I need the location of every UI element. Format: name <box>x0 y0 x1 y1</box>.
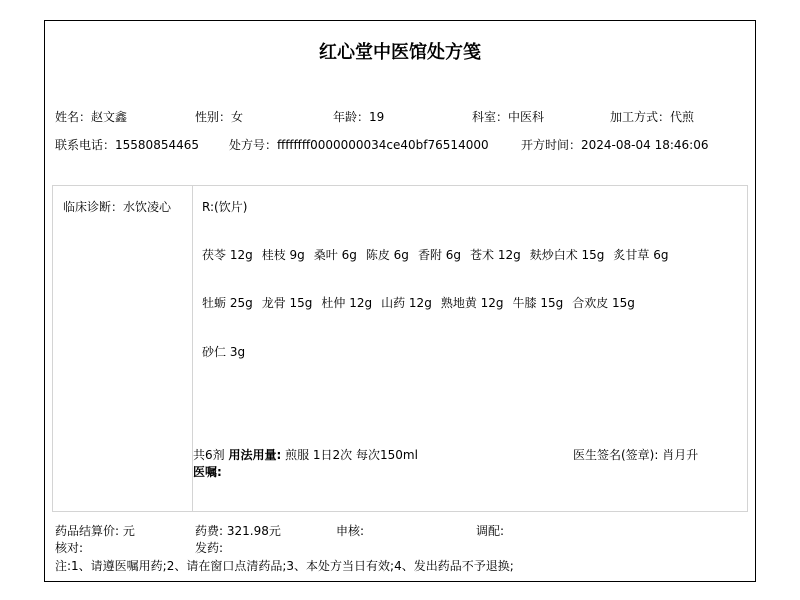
herb-item: 熟地黄 12g <box>441 296 504 310</box>
herb-item: 砂仁 3g <box>202 345 245 359</box>
prescription-sheet: 红心堂中医馆处方笺 姓名：赵文鑫 性别：女 年龄：19 科室：中医科 加工方式：… <box>44 20 756 582</box>
dispense-field: 调配: <box>476 523 504 539</box>
herb-row-2: 牡蛎 25g龙骨 15g杜仲 12g山药 12g熟地黄 12g牛膝 15g合欢皮… <box>202 294 644 311</box>
patient-phone: 联系电话：15580854465 <box>55 138 199 152</box>
patient-age: 年龄：19 <box>333 110 384 124</box>
herb-item: 茯苓 12g <box>202 248 253 262</box>
prescription-number: 处方号：ffffffff0000000034ce40bf76514000 <box>229 138 489 152</box>
page-title: 红心堂中医馆处方笺 <box>45 38 755 64</box>
herb-item: 牛膝 15g <box>513 296 564 310</box>
herb-item: 合欢皮 15g <box>572 296 635 310</box>
usage-line: 共6剂 用法用量: 煎服 1日2次 每次150ml <box>193 447 418 464</box>
herb-item: 苍术 12g <box>470 248 521 262</box>
herb-item: 牡蛎 25g <box>202 296 253 310</box>
clinical-diagnosis: 临床诊断：水饮凌心 <box>63 198 171 215</box>
prescription-time: 开方时间：2024-08-04 18:46:06 <box>521 138 708 152</box>
check-field: 核对: <box>55 540 83 556</box>
patient-name: 姓名：赵文鑫 <box>55 110 127 124</box>
herb-row-3: 砂仁 3g <box>202 343 254 360</box>
patient-gender: 性别：女 <box>195 110 243 124</box>
herb-item: 香附 6g <box>418 248 461 262</box>
herb-item: 龙骨 15g <box>262 296 313 310</box>
doctor-signature: 医生签名(签章): 肖月升 <box>573 447 703 464</box>
footer-note: 注:1、请遵医嘱用药;2、请在窗口点清药品;3、本处方当日有效;4、发出药品不予… <box>55 558 514 574</box>
herb-item: 陈皮 6g <box>366 248 409 262</box>
rx-header: R:(饮片) <box>202 198 247 215</box>
medical-advice: 医嘱: <box>193 464 418 481</box>
usage-block: 共6剂 用法用量: 煎服 1日2次 每次150ml 医嘱: <box>193 447 418 481</box>
herb-item: 桑叶 6g <box>314 248 357 262</box>
herb-item: 桂枝 9g <box>262 248 305 262</box>
review-field: 申核: <box>336 523 364 539</box>
processing-method: 加工方式：代煎 <box>610 110 694 124</box>
settlement-price: 药品结算价: 元 <box>55 523 135 539</box>
drug-fee: 药费: 321.98元 <box>195 523 281 539</box>
prescription-box: 临床诊断：水饮凌心 R:(饮片) 茯苓 12g桂枝 9g桑叶 6g陈皮 6g香附… <box>52 185 748 512</box>
herb-item: 山药 12g <box>381 296 432 310</box>
herb-item: 麸炒白术 15g <box>530 248 605 262</box>
herb-row-1: 茯苓 12g桂枝 9g桑叶 6g陈皮 6g香附 6g苍术 12g麸炒白术 15g… <box>202 246 678 263</box>
department: 科室：中医科 <box>472 110 544 124</box>
herb-item: 杜仲 12g <box>321 296 372 310</box>
herb-item: 炙甘草 6g <box>613 248 668 262</box>
issue-field: 发药: <box>195 540 223 556</box>
